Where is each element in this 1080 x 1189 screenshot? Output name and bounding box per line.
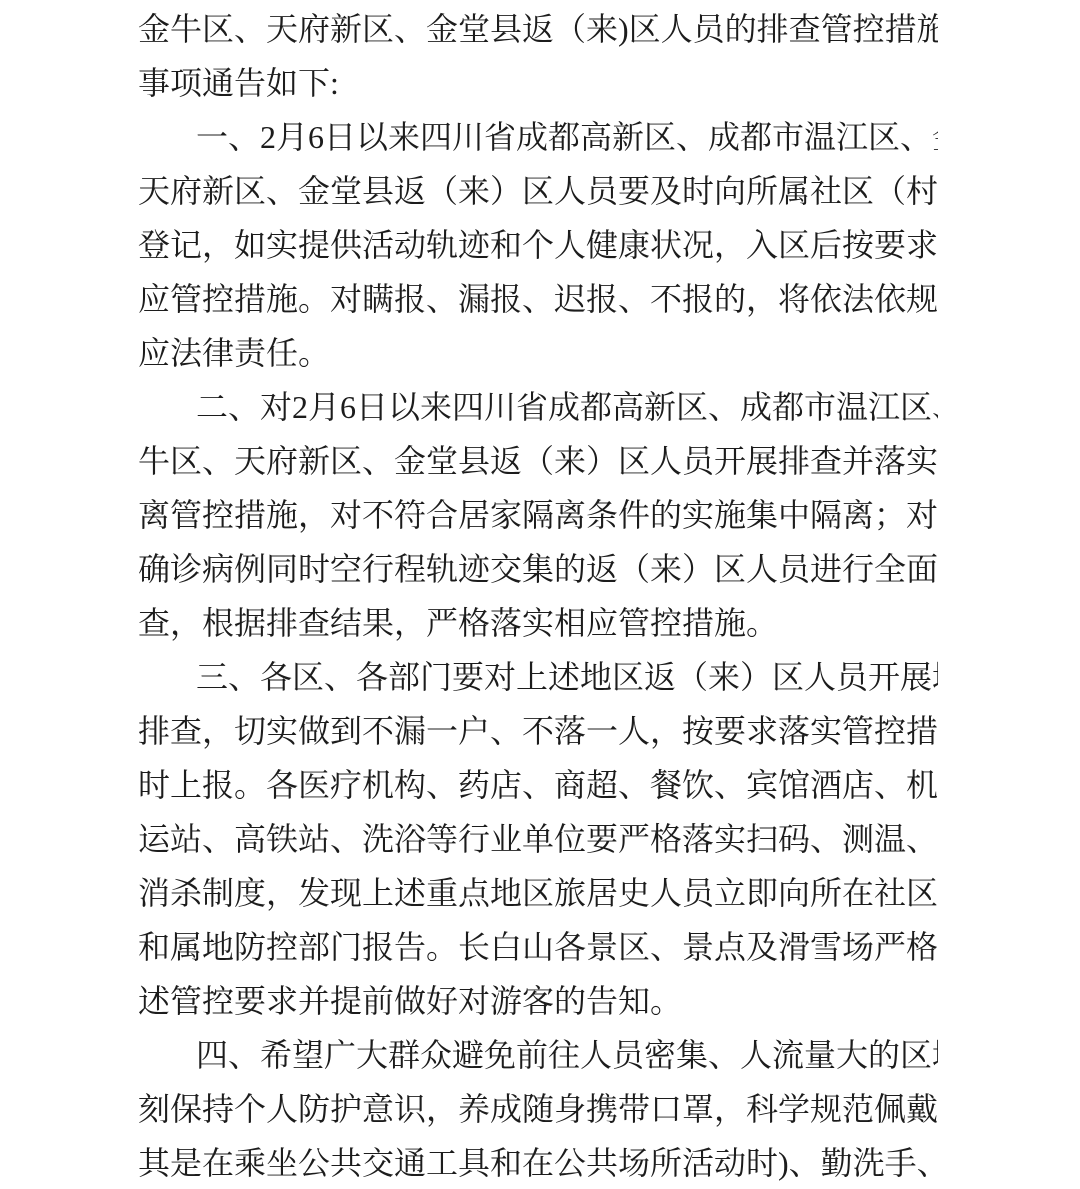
text-line: 应管控措施。对瞒报、漏报、迟报、不报的，将依法依规追究相 (138, 272, 938, 326)
text-line: 述管控要求并提前做好对游客的告知。 (138, 974, 938, 1028)
text-line: 查，根据排查结果，严格落实相应管控措施。 (138, 596, 938, 650)
text-line: 离管控措施，对不符合居家隔离条件的实施集中隔离；对与上述 (138, 488, 938, 542)
text-line: 二、对2月6日以来四川省成都高新区、成都市温江区、金 (138, 380, 938, 434)
text-line: 三、各区、各部门要对上述地区返（来）区人员开展地毯式 (138, 650, 938, 704)
text-line: 时上报。各医疗机构、药店、商超、餐饮、宾馆酒店、机场、客 (138, 758, 938, 812)
text-line: 刻保持个人防护意识，养成随身携带口罩，科学规范佩戴口罩（尤 (138, 1082, 938, 1136)
document-text-block: 金牛区、天府新区、金堂县返（来)区人员的排查管控措施。具体 事项通告如下: 一、… (138, 2, 938, 1189)
text-line: 应法律责任。 (138, 326, 938, 380)
text-line: 确诊病例同时空行程轨迹交集的返（来）区人员进行全面精准排 (138, 542, 938, 596)
text-line: 其是在乘坐公共交通工具和在公共场所活动时)、勤洗手、常通风、 (138, 1136, 938, 1189)
text-line: 天府新区、金堂县返（来）区人员要及时向所属社区（村）报告 (138, 164, 938, 218)
text-line: 牛区、天府新区、金堂县返（来）区人员开展排查并落实居家隔 (138, 434, 938, 488)
text-line: 和属地防控部门报告。长白山各景区、景点及滑雪场严格落实上 (138, 920, 938, 974)
text-line: 事项通告如下: (138, 56, 938, 110)
text-line: 一、2月6日以来四川省成都高新区、成都市温江区、金牛区、 (138, 110, 938, 164)
text-line: 金牛区、天府新区、金堂县返（来)区人员的排查管控措施。具体 (138, 2, 938, 56)
text-line: 四、希望广大群众避免前往人员密集、人流量大的区域，时 (138, 1028, 938, 1082)
text-line: 排查，切实做到不漏一户、不落一人，按要求落实管控措施并及 (138, 704, 938, 758)
document-page: 金牛区、天府新区、金堂县返（来)区人员的排查管控措施。具体 事项通告如下: 一、… (0, 0, 1080, 1189)
text-line: 登记，如实提供活动轨迹和个人健康状况，入区后按要求落实相 (138, 218, 938, 272)
text-line: 运站、高铁站、洗浴等行业单位要严格落实扫码、测温、登记、 (138, 812, 938, 866)
text-line: 消杀制度，发现上述重点地区旅居史人员立即向所在社区（村） (138, 866, 938, 920)
